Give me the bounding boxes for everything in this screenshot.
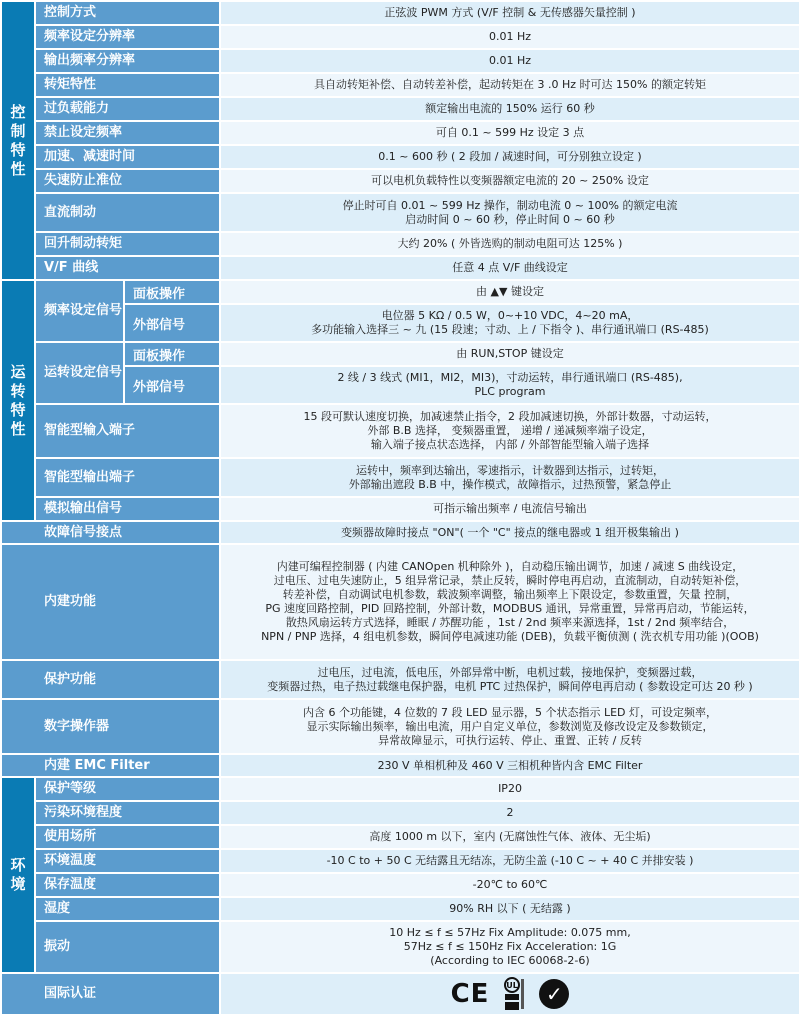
row-value: 电位器 5 KΩ / 0.5 W，0~+10 VDC，4~20 mA， 多功能输… <box>220 304 800 342</box>
row-label: 回升制动转矩 <box>35 232 220 256</box>
row-label: 模拟输出信号 <box>35 497 220 521</box>
row-value: 由 ▲▼ 键设定 <box>220 280 800 304</box>
ce-mark-icon: CE <box>451 987 490 1001</box>
row-label: 智能型输入端子 <box>35 404 220 458</box>
row-label: 智能型输出端子 <box>35 458 220 497</box>
row-value: 正弦波 PWM 方式 (V/F 控制 & 无传感器矢量控制 ) <box>220 1 800 25</box>
row-label: 保护等级 <box>35 777 220 801</box>
table-row: 内建 EMC Filter 230 V 单相机种及 460 V 三相机种皆内含 … <box>1 754 800 777</box>
table-row: 湿度 90% RH 以下 ( 无结露 ) <box>1 897 800 921</box>
row-value: 大约 20% ( 外皆选购的制动电阻可达 125% ) <box>220 232 800 256</box>
row-value: 90% RH 以下 ( 无结露 ) <box>220 897 800 921</box>
row-label: 保护功能 <box>1 660 220 699</box>
row-value: 10 Hz ≤ f ≤ 57Hz Fix Amplitude: 0.075 mm… <box>220 921 800 973</box>
row-value: 0.1 ~ 600 秒 ( 2 段加 / 减速时间，可分别独立设定 ) <box>220 145 800 169</box>
sub-label: 面板操作 <box>124 280 220 304</box>
sub-label: 外部信号 <box>124 366 220 404</box>
row-value: 可自 0.1 ~ 599 Hz 设定 3 点 <box>220 121 800 145</box>
row-label: 振动 <box>35 921 220 973</box>
row-value: 230 V 单相机种及 460 V 三相机种皆内含 EMC Filter <box>220 754 800 777</box>
row-label: 直流制动 <box>35 193 220 232</box>
c-tick-mark-icon: ✓ <box>539 979 569 1009</box>
table-row: 频率设定分辨率 0.01 Hz <box>1 25 800 49</box>
table-row: 保护功能 过电压，过电流，低电压，外部异常中断，电机过载，接地保护，变频器过载，… <box>1 660 800 699</box>
svg-text:UL: UL <box>507 981 519 990</box>
row-value: 内含 6 个功能键，4 位数的 7 段 LED 显示器，5 个状态指示 LED … <box>220 699 800 754</box>
row-label-run-signal: 运转设定信号 <box>35 342 124 404</box>
group-environment: 环境 <box>1 777 35 973</box>
table-row: 数字操作器 内含 6 个功能键，4 位数的 7 段 LED 显示器，5 个状态指… <box>1 699 800 754</box>
table-row: 保存温度 -20℃ to 60℃ <box>1 873 800 897</box>
table-row: 回升制动转矩 大约 20% ( 外皆选购的制动电阻可达 125% ) <box>1 232 800 256</box>
table-row: 环境温度 -10 C to + 50 C 无结露且无结冻，无防尘盖 (-10 C… <box>1 849 800 873</box>
row-label: 转矩特性 <box>35 73 220 97</box>
row-value: 由 RUN,STOP 键设定 <box>220 342 800 366</box>
table-row: 禁止设定频率 可自 0.1 ~ 599 Hz 设定 3 点 <box>1 121 800 145</box>
row-label: 内建 EMC Filter <box>1 754 220 777</box>
table-row: 控制特性 控制方式 正弦波 PWM 方式 (V/F 控制 & 无传感器矢量控制 … <box>1 1 800 25</box>
row-label: 过负载能力 <box>35 97 220 121</box>
table-row: 使用场所 高度 1000 m 以下，室内 (无腐蚀性气体、液体、无尘垢) <box>1 825 800 849</box>
ul-certified-icon: UL <box>503 977 525 1011</box>
row-label: 失速防止准位 <box>35 169 220 193</box>
row-label: 频率设定分辨率 <box>35 25 220 49</box>
row-label: 故障信号接点 <box>1 521 220 544</box>
row-value: 过电压，过电流，低电压，外部异常中断，电机过载，接地保护，变频器过载， 变频器过… <box>220 660 800 699</box>
table-row: 污染环境程度 2 <box>1 801 800 825</box>
row-value: 可以电机负载特性以变频器额定电流的 20 ~ 250% 设定 <box>220 169 800 193</box>
row-value: 运转中，频率到达输出，零速指示，计数器到达指示，过转矩， 外部输出遮段 B.B … <box>220 458 800 497</box>
table-row: 运转设定信号 面板操作 由 RUN,STOP 键设定 <box>1 342 800 366</box>
row-value: 具自动转矩补偿、自动转差补偿，起动转矩在 3 .0 Hz 时可达 150% 的额… <box>220 73 800 97</box>
table-row: 国际认证 CE UL ✓ <box>1 973 800 1015</box>
table-row: 故障信号接点 变频器故障时接点 "ON"( 一个 "C" 接点的继电器或 1 组… <box>1 521 800 544</box>
row-label: 数字操作器 <box>1 699 220 754</box>
row-label: 输出频率分辨率 <box>35 49 220 73</box>
row-value: -20℃ to 60℃ <box>220 873 800 897</box>
table-row: 智能型输出端子 运转中，频率到达输出，零速指示，计数器到达指示，过转矩， 外部输… <box>1 458 800 497</box>
table-row: 失速防止准位 可以电机负载特性以变频器额定电流的 20 ~ 250% 设定 <box>1 169 800 193</box>
row-label: V/F 曲线 <box>35 256 220 280</box>
row-label: 国际认证 <box>1 973 220 1015</box>
row-label: 污染环境程度 <box>35 801 220 825</box>
row-value: 15 段可默认速度切换，加减速禁止指令，2 段加减速切换，外部计数器，寸动运转，… <box>220 404 800 458</box>
table-row: V/F 曲线 任意 4 点 V/F 曲线设定 <box>1 256 800 280</box>
row-value: 2 <box>220 801 800 825</box>
row-value: 任意 4 点 V/F 曲线设定 <box>220 256 800 280</box>
row-value: 变频器故障时接点 "ON"( 一个 "C" 接点的继电器或 1 组开极集输出 ) <box>220 521 800 544</box>
row-value: 可指示输出频率 / 电流信号输出 <box>220 497 800 521</box>
row-value: 额定输出电流的 150% 运行 60 秒 <box>220 97 800 121</box>
sub-label: 外部信号 <box>124 304 220 342</box>
row-label: 湿度 <box>35 897 220 921</box>
table-row: 转矩特性 具自动转矩补偿、自动转差补偿，起动转矩在 3 .0 Hz 时可达 15… <box>1 73 800 97</box>
row-label: 保存温度 <box>35 873 220 897</box>
row-label-freq-signal: 频率设定信号 <box>35 280 124 342</box>
row-value: 2 线 / 3 线式 (MI1，MI2，MI3)，寸动运转，串行通讯端口 (RS… <box>220 366 800 404</box>
row-label: 环境温度 <box>35 849 220 873</box>
table-row: 内建功能 内建可编程控制器 ( 内建 CANOpen 机种除外 )，自动稳压输出… <box>1 544 800 660</box>
row-label: 禁止设定频率 <box>35 121 220 145</box>
row-value: 高度 1000 m 以下，室内 (无腐蚀性气体、液体、无尘垢) <box>220 825 800 849</box>
row-label: 使用场所 <box>35 825 220 849</box>
table-row: 智能型输入端子 15 段可默认速度切换，加减速禁止指令，2 段加减速切换，外部计… <box>1 404 800 458</box>
row-label: 内建功能 <box>1 544 220 660</box>
table-row: 过负载能力 额定输出电流的 150% 运行 60 秒 <box>1 97 800 121</box>
row-value: 内建可编程控制器 ( 内建 CANOpen 机种除外 )，自动稳压输出调节，加速… <box>220 544 800 660</box>
row-label: 控制方式 <box>35 1 220 25</box>
spec-table: 控制特性 控制方式 正弦波 PWM 方式 (V/F 控制 & 无传感器矢量控制 … <box>0 0 801 1015</box>
table-row: 模拟输出信号 可指示输出频率 / 电流信号输出 <box>1 497 800 521</box>
group-operation: 运转特性 <box>1 280 35 521</box>
row-value: 0.01 Hz <box>220 49 800 73</box>
table-row: 输出频率分辨率 0.01 Hz <box>1 49 800 73</box>
certification-marks: CE UL ✓ <box>220 973 800 1015</box>
table-row: 环境 保护等级 IP20 <box>1 777 800 801</box>
row-value: IP20 <box>220 777 800 801</box>
group-control: 控制特性 <box>1 1 35 280</box>
row-value: 0.01 Hz <box>220 25 800 49</box>
table-row: 运转特性 频率设定信号 面板操作 由 ▲▼ 键设定 <box>1 280 800 304</box>
table-row: 加速、减速时间 0.1 ~ 600 秒 ( 2 段加 / 减速时间，可分别独立设… <box>1 145 800 169</box>
sub-label: 面板操作 <box>124 342 220 366</box>
row-value: 停止时可自 0.01 ~ 599 Hz 操作，制动电流 0 ~ 100% 的额定… <box>220 193 800 232</box>
table-row: 振动 10 Hz ≤ f ≤ 57Hz Fix Amplitude: 0.075… <box>1 921 800 973</box>
table-row: 直流制动 停止时可自 0.01 ~ 599 Hz 操作，制动电流 0 ~ 100… <box>1 193 800 232</box>
row-label: 加速、减速时间 <box>35 145 220 169</box>
row-value: -10 C to + 50 C 无结露且无结冻，无防尘盖 (-10 C ~ + … <box>220 849 800 873</box>
